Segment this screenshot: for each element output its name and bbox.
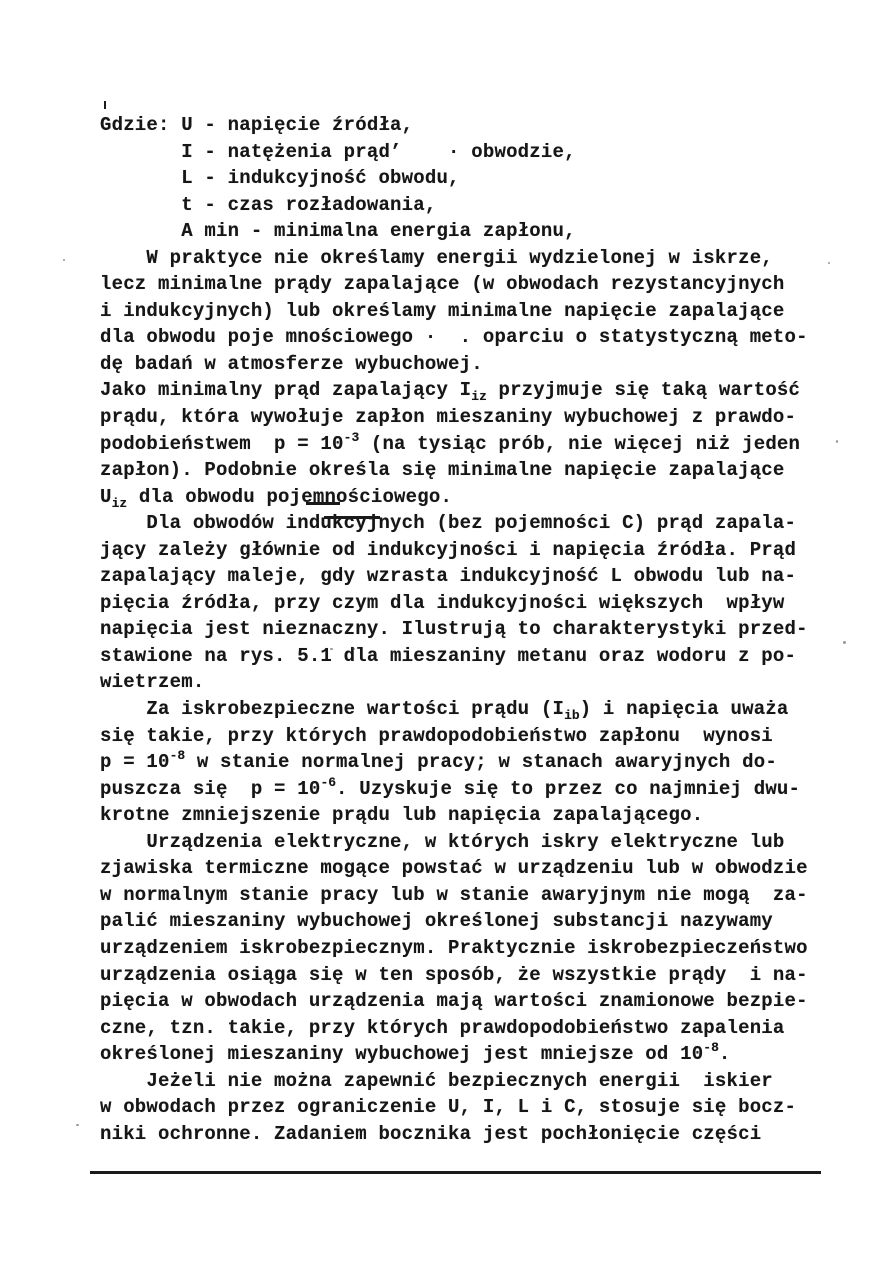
text-line: W praktyce nie określamy energii wydziel… <box>100 245 840 272</box>
speck <box>828 262 830 264</box>
text-segment: określonej mieszaniny wybuchowej jest mn… <box>100 1043 703 1065</box>
text-segment: krotne zmniejszenie prądu lub napięcia z… <box>100 804 703 826</box>
text-line: i indukcyjnych) lub określamy minimalne … <box>100 298 840 325</box>
speck <box>63 259 65 261</box>
text-line: palić mieszaniny wybuchowej określonej s… <box>100 908 840 935</box>
text-line: Jako minimalny prąd zapalający Iiz przyj… <box>100 377 840 404</box>
text-line: stawione na rys. 5.1 dla mieszaniny meta… <box>100 643 840 670</box>
footer-rule <box>90 1171 821 1174</box>
text-line: Urządzenia elektryczne, w których iskry … <box>100 829 840 856</box>
text-line: A min - minimalna energia zapłonu, <box>100 218 840 245</box>
text-line: krotne zmniejszenie prądu lub napięcia z… <box>100 802 840 829</box>
text-line: prądu, która wywołuje zapłon mieszaniny … <box>100 404 840 431</box>
speck <box>330 648 333 650</box>
text-segment: i indukcyjnych) lub określamy minimalne … <box>100 300 785 322</box>
text-line: w obwodach przez ograniczenie U, I, L i … <box>100 1094 840 1121</box>
text-segment: w normalnym stanie pracy lub w stanie aw… <box>100 884 808 906</box>
text-segment: pięcia źródła, przy czym dla indukcyjnoś… <box>100 592 785 614</box>
text-segment: Jako minimalny prąd zapalający I <box>100 379 471 401</box>
text-segment: podobieństwem p = 10 <box>100 433 344 455</box>
text-segment: zapalający maleje, gdy wzrasta indukcyjn… <box>100 565 796 587</box>
text-segment: U <box>100 486 112 508</box>
text-segment: czne, tzn. takie, przy których prawdopod… <box>100 1017 785 1039</box>
subscript: ib <box>564 708 580 723</box>
text-line: w normalnym stanie pracy lub w stanie aw… <box>100 882 840 909</box>
text-segment: dla obwodu pojemnościowego. <box>127 486 452 508</box>
text-segment: . Uzyskuje się to przez co najmniej dwu- <box>336 778 800 800</box>
text-segment: zjawiska termiczne mogące powstać w urzą… <box>100 857 808 879</box>
text-segment: stawione na rys. 5.1 dla mieszaniny meta… <box>100 645 796 667</box>
text-segment: Za iskrobezpieczne wartości prądu (I <box>100 698 564 720</box>
text-line: podobieństwem p = 10-3 (na tysiąc prób, … <box>100 431 840 458</box>
text-line: się takie, przy których prawdopodobieńst… <box>100 723 840 750</box>
text-line: Za iskrobezpieczne wartości prądu (Iib) … <box>100 696 840 723</box>
text-line: Jeżeli nie można zapewnić bezpiecznych e… <box>100 1068 840 1095</box>
text-segment: puszcza się p = 10 <box>100 778 320 800</box>
text-segment: p = 10 <box>100 751 170 773</box>
text-block: Gdzie: U - napięcie źródła, I - natężeni… <box>100 112 840 1147</box>
text-segment: się takie, przy których prawdopodobieńst… <box>100 725 773 747</box>
speck <box>843 641 846 644</box>
text-line: niki ochronne. Zadaniem bocznika jest po… <box>100 1121 840 1148</box>
tick-mark <box>104 101 106 109</box>
text-segment: lecz minimalne prądy zapalające (w obwod… <box>100 273 785 295</box>
text-segment: Dla obwodów indukcyjnych (bez pojemności… <box>100 512 796 534</box>
text-segment: wietrzem. <box>100 671 204 693</box>
text-segment: dę badań w atmosferze wybuchowej. <box>100 353 483 375</box>
text-segment: (na tysiąc prób, nie więcej niż jeden <box>359 433 800 455</box>
text-segment: napięcia jest nieznaczny. Ilustrują to c… <box>100 618 808 640</box>
text-line: zjawiska termiczne mogące powstać w urzą… <box>100 855 840 882</box>
text-line: t - czas rozładowania, <box>100 192 840 219</box>
text-segment: dla obwodu poje mnościowego · . oparciu … <box>100 326 808 348</box>
text-line: dla obwodu poje mnościowego · . oparciu … <box>100 324 840 351</box>
text-line: pięcia źródła, przy czym dla indukcyjnoś… <box>100 590 840 617</box>
text-segment: w stanie normalnej pracy; w stanach awar… <box>185 751 777 773</box>
overline-dash <box>324 516 380 519</box>
text-segment: jący zależy głównie od indukcyjności i n… <box>100 539 796 561</box>
superscript: -6 <box>320 775 336 790</box>
text-line: napięcia jest nieznaczny. Ilustrują to c… <box>100 616 840 643</box>
text-line: określonej mieszaniny wybuchowej jest mn… <box>100 1041 840 1068</box>
text-segment: W praktyce nie określamy energii wydziel… <box>100 247 773 269</box>
text-segment: L - indukcyjność obwodu, <box>100 167 460 189</box>
subscript: iz <box>112 496 128 511</box>
text-line: wietrzem. <box>100 669 840 696</box>
text-line: L - indukcyjność obwodu, <box>100 165 840 192</box>
text-segment: palić mieszaniny wybuchowej określonej s… <box>100 910 773 932</box>
text-line: Dla obwodów indukcyjnych (bez pojemności… <box>100 510 840 537</box>
text-line: dę badań w atmosferze wybuchowej. <box>100 351 840 378</box>
text-segment: prądu, która wywołuje zapłon mieszaniny … <box>100 406 796 428</box>
text-segment: t - czas rozładowania, <box>100 194 436 216</box>
speck <box>76 1124 79 1126</box>
text-line: jący zależy głównie od indukcyjności i n… <box>100 537 840 564</box>
text-line: Uiz dla obwodu pojemnościowego. <box>100 484 840 511</box>
text-line: zapalający maleje, gdy wzrasta indukcyjn… <box>100 563 840 590</box>
text-line: I - natężenia prąd’ · obwodzie, <box>100 139 840 166</box>
speck <box>836 440 838 443</box>
underline-dash <box>306 502 340 505</box>
subscript: iz <box>471 389 487 404</box>
superscript: -8 <box>703 1040 719 1055</box>
text-line: p = 10-8 w stanie normalnej pracy; w sta… <box>100 749 840 776</box>
text-segment: Gdzie: U - napięcie źródła, <box>100 114 413 136</box>
text-segment: Urządzenia elektryczne, w których iskry … <box>100 831 785 853</box>
text-line: lecz minimalne prądy zapalające (w obwod… <box>100 271 840 298</box>
text-line: urządzenia osiąga się w ten sposób, że w… <box>100 962 840 989</box>
scanned-page: Gdzie: U - napięcie źródła, I - natężeni… <box>0 0 893 1263</box>
text-segment: niki ochronne. Zadaniem bocznika jest po… <box>100 1123 761 1145</box>
text-line: Gdzie: U - napięcie źródła, <box>100 112 840 139</box>
text-segment: przyjmuje się taką wartość <box>487 379 800 401</box>
text-segment: . <box>719 1043 731 1065</box>
text-line: puszcza się p = 10-6. Uzyskuje się to pr… <box>100 776 840 803</box>
superscript: -8 <box>170 748 186 763</box>
text-segment: I - natężenia prąd’ · obwodzie, <box>100 141 576 163</box>
text-segment: urządzeniem iskrobezpiecznym. Praktyczni… <box>100 937 808 959</box>
text-segment: ) i napięcia uważa <box>580 698 789 720</box>
text-line: pięcia w obwodach urządzenia mają wartoś… <box>100 988 840 1015</box>
text-segment: zapłon). Podobnie określa się minimalne … <box>100 459 785 481</box>
text-segment: pięcia w obwodach urządzenia mają wartoś… <box>100 990 808 1012</box>
text-segment: A min - minimalna energia zapłonu, <box>100 220 576 242</box>
speck <box>352 648 355 650</box>
text-segment: w obwodach przez ograniczenie U, I, L i … <box>100 1096 796 1118</box>
text-line: zapłon). Podobnie określa się minimalne … <box>100 457 840 484</box>
superscript: -3 <box>344 430 360 445</box>
text-segment: Jeżeli nie można zapewnić bezpiecznych e… <box>100 1070 773 1092</box>
text-segment: urządzenia osiąga się w ten sposób, że w… <box>100 964 808 986</box>
text-line: urządzeniem iskrobezpiecznym. Praktyczni… <box>100 935 840 962</box>
text-line: czne, tzn. takie, przy których prawdopod… <box>100 1015 840 1042</box>
